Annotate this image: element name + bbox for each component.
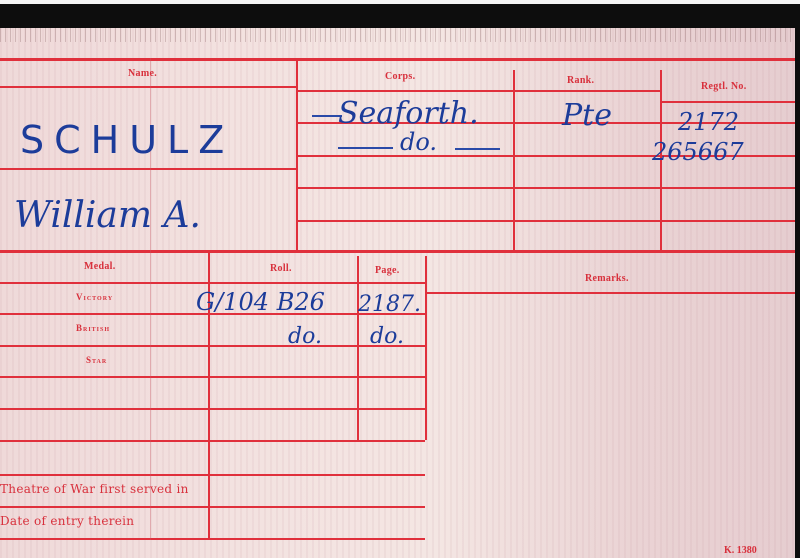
header-page: Page. bbox=[375, 265, 400, 276]
form-number: K. 1380 bbox=[724, 545, 757, 556]
regtl-number-1: 2172 bbox=[678, 108, 739, 136]
surname: SCHULZ bbox=[20, 118, 234, 162]
header-rank: Rank. bbox=[567, 75, 594, 86]
corps-entry-2: do. bbox=[400, 128, 437, 156]
medal-british: British bbox=[76, 323, 110, 333]
header-remarks: Remarks. bbox=[585, 273, 629, 284]
rule-corps-header bbox=[296, 90, 660, 92]
rule-row bbox=[296, 220, 795, 222]
scan-border-top bbox=[0, 0, 800, 4]
roll-british: do. bbox=[288, 324, 322, 349]
ink-dash bbox=[455, 148, 500, 150]
medal-star: Star bbox=[86, 355, 107, 365]
rule-roll-page bbox=[357, 256, 359, 440]
rule-section-divider bbox=[0, 250, 795, 253]
rule-row bbox=[0, 408, 425, 410]
rule-row bbox=[0, 506, 425, 508]
medal-victory: Victory bbox=[76, 292, 113, 302]
header-corps: Corps. bbox=[385, 71, 415, 82]
rule-row bbox=[0, 474, 425, 476]
rule-top bbox=[0, 58, 795, 61]
ink-dash bbox=[338, 147, 393, 149]
rank-value: Pte bbox=[562, 98, 612, 133]
forenames: William A. bbox=[14, 195, 201, 236]
rule-row bbox=[0, 440, 425, 442]
header-roll: Roll. bbox=[270, 263, 292, 274]
rule-row bbox=[0, 345, 425, 347]
rule-name-mid bbox=[0, 168, 296, 170]
corps-entry-1: Seaforth. bbox=[338, 96, 479, 131]
rule-name-header bbox=[0, 86, 296, 88]
header-name: Name. bbox=[128, 68, 157, 79]
rule-remarks-header bbox=[425, 292, 795, 294]
rule-page-remarks bbox=[425, 256, 427, 440]
rule-faint bbox=[150, 250, 151, 540]
page-british: do. bbox=[370, 324, 404, 349]
rule-regtl-header bbox=[660, 101, 795, 103]
date-of-entry-label: Date of entry therein bbox=[0, 514, 134, 528]
page-victory: 2187. bbox=[358, 292, 421, 317]
rule-medal-header bbox=[0, 282, 425, 284]
rule-name-corps bbox=[296, 58, 298, 250]
rule-row bbox=[296, 187, 795, 189]
roll-victory: G/104 B26 bbox=[196, 288, 325, 316]
rule-row bbox=[0, 376, 425, 378]
regtl-number-2: 265667 bbox=[652, 138, 744, 166]
header-regtl-no: Regtl. No. bbox=[701, 81, 747, 92]
header-medal: Medal. bbox=[84, 261, 116, 272]
card-top-edge bbox=[0, 28, 795, 42]
rule-corps-rank bbox=[513, 70, 515, 250]
rule-row bbox=[0, 538, 425, 540]
theatre-of-war-label: Theatre of War first served in bbox=[0, 482, 189, 496]
